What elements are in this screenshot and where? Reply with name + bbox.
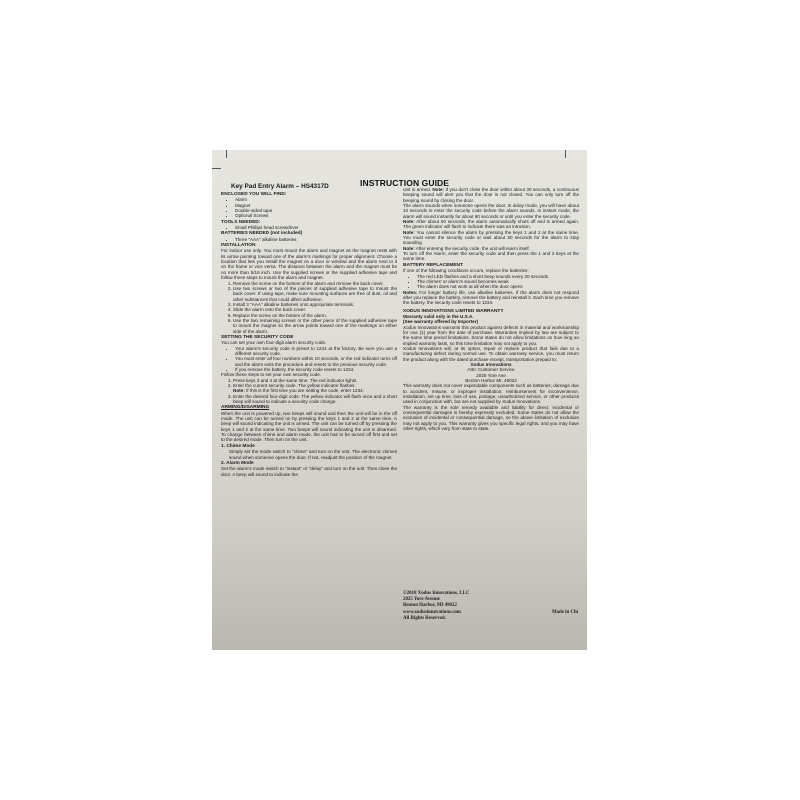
note-label: Note:	[432, 187, 444, 192]
made-in-label: Made in Chi	[552, 610, 578, 615]
footer-line: All Rights Reserved.	[403, 616, 469, 622]
list-item: Small Phillips head screwdriver	[235, 225, 397, 230]
list-item: Enter the current security code. The yel…	[233, 383, 397, 394]
right-column: unit is armed. Note: If you don't close …	[403, 187, 579, 431]
armed-continuation: unit is armed. Note: If you don't close …	[403, 187, 579, 203]
warranty-paragraph-1: Xodus Innovations warrants this product …	[403, 325, 579, 346]
copyright-footer: ©2018 Xodus Innovations, LLC 2025 Yore A…	[403, 591, 469, 622]
left-column: Key Pad Entry Alarm – HS4317D ENCLOSED Y…	[221, 183, 397, 477]
note-label: Note:	[403, 246, 415, 251]
step-text: Enter the current security code. The yel…	[233, 383, 356, 388]
list-item: You must enter all four numbers within 1…	[235, 356, 397, 367]
turn-off-text: To turn off the Alarm, enter the securit…	[403, 251, 579, 262]
arming-intro: When the unit is powered up, two beeps w…	[221, 411, 397, 443]
note-label: Notes:	[403, 290, 417, 295]
note-label: Note:	[403, 230, 415, 235]
tools-list: Small Phillips head screwdriver	[221, 225, 397, 230]
battery-replacement-list: The red LED flashes and a short beep sou…	[403, 274, 579, 290]
list-item: Enter the desired four-digit code. The y…	[233, 394, 397, 405]
security-code-steps: Press keys 3 and 4 at the same time. The…	[221, 378, 397, 405]
note-text: If this is the first time you are settin…	[245, 388, 364, 393]
note-label: Note:	[233, 388, 245, 393]
note-2: Note: You cannot silence the alarm by pr…	[403, 230, 579, 246]
note-text: For longer battery life, use alkaline ba…	[403, 290, 579, 306]
installation-steps: Remove the screw on the bottom of the al…	[221, 281, 397, 334]
list-item: Three "AAA" alkaline batteries	[235, 237, 397, 242]
note-label: Note:	[403, 219, 415, 224]
batteries-list: Three "AAA" alkaline batteries	[221, 237, 397, 242]
chime-mode-text: Simply set the mode switch to "chime" an…	[221, 449, 397, 460]
text: unit is armed.	[403, 187, 432, 192]
enclosed-list: Alarm Magnet Double-sided tape Optional …	[221, 197, 397, 218]
crop-mark-top-right-v	[565, 150, 566, 158]
list-item: Use two screws or two of the pieces of s…	[233, 286, 397, 302]
alarm-sounds-paragraph: The alarm sounds when someone opens the …	[403, 203, 579, 219]
note-text: You cannot silence the alarm by pressing…	[403, 230, 579, 246]
note-1: Note: After about 60 seconds, the alarm …	[403, 219, 579, 230]
installation-intro: For indoor use only. You must mount the …	[221, 248, 397, 280]
list-item: Your alarm's security code is preset to …	[235, 346, 397, 357]
warranty-paragraph-2: Xodus Innovations will, at its option, r…	[403, 346, 579, 362]
list-item: Optional Screws	[235, 213, 397, 218]
product-heading: Key Pad Entry Alarm – HS4317D	[231, 183, 397, 191]
warranty-paragraph-3: This warranty does not cover expendable …	[403, 383, 579, 404]
list-item: Use the two remaining screws or the othe…	[233, 318, 397, 334]
note-text: After about 60 seconds, the alarm automa…	[403, 219, 579, 229]
footer-line: www.xodusinnovations.com	[403, 610, 469, 616]
crop-mark-top-left-v	[226, 150, 227, 158]
note-text: After entering the security code, the un…	[415, 246, 530, 251]
alarm-mode-text: Set the alarm's mode switch to "instant"…	[221, 466, 397, 477]
battery-note: Notes: For longer battery life, use alka…	[403, 290, 579, 306]
instruction-sheet: INSTRUCTION GUIDE Key Pad Entry Alarm – …	[212, 150, 587, 650]
security-code-bullets: Your alarm's security code is preset to …	[221, 346, 397, 373]
crop-mark-top-left-h	[212, 168, 221, 169]
warranty-paragraph-4: The warranty is the sole remedy availabl…	[403, 405, 579, 432]
